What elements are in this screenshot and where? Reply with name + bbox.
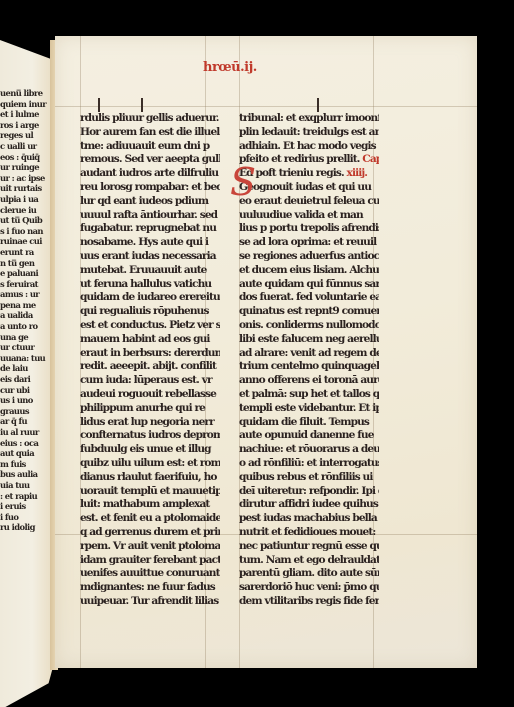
text-line: quidam de iudareo erereitu: — [80, 291, 220, 305]
text-line: uenifes auuittue conuruante — [80, 567, 220, 581]
text-line: ut tu̅ Quib — [0, 215, 52, 226]
text-line: plin ledauit: treidulgs est anu — [239, 126, 379, 140]
text-line: ulpia i ua — [0, 194, 52, 205]
ruling-line — [55, 106, 477, 107]
text-line: uuluudiue valida et man — [239, 209, 379, 223]
text-line: uuipeuar. Tur afrendit lilias — [80, 595, 220, 609]
text-line: iu al ruur — [0, 427, 52, 438]
text-line: remous. Sed ver aeepta gulla — [80, 153, 220, 167]
text-line: redit. aeeepit. abijt. confilit — [80, 360, 220, 374]
text-line: quibz uilu uilum est: et rom — [80, 457, 220, 471]
text-line: n tu̅ gen — [0, 258, 52, 269]
text-line: tme: adiuuauit eum dni p — [80, 140, 220, 154]
manuscript-page: hrœū.ij. rdulis pliuur gellis aduerur.Ho… — [55, 36, 477, 668]
text-line: pfeito et redirius prellit. Cap. — [239, 153, 379, 167]
text-line: fugabatur. reprugnebat nu — [80, 222, 220, 236]
text-line: onis. conliderms nullomodo — [239, 319, 379, 333]
text-line: m fuis — [0, 459, 52, 470]
text-line: et ducem eius lisiam. Alchuu — [239, 264, 379, 278]
ascender-stroke — [98, 98, 100, 112]
text-line: erunt ra — [0, 247, 52, 258]
text-line: i eruis — [0, 501, 52, 512]
text-line: et i lulme — [0, 109, 52, 120]
text-line: rdulis pliuur gellis aduerur. — [80, 112, 220, 126]
text-line: bus aulia — [0, 469, 52, 480]
text-line: libi este falucem neg aerellum — [239, 333, 379, 347]
text-line: ur : ac ipse — [0, 173, 52, 184]
text-line: cum iuda: lūperaus est. vr — [80, 374, 220, 388]
text-line: a ualida — [0, 310, 52, 321]
text-line: lius p portu trepolis afrendis — [239, 222, 379, 236]
text-line: sarerdoriō huc veni: p̄mo qu — [239, 581, 379, 595]
red-initial-letter: S — [230, 160, 256, 204]
text-line: audant iudros arte dilfruliu — [80, 167, 220, 181]
text-line: eis dari — [0, 374, 52, 385]
text-line: de laiu — [0, 363, 52, 374]
text-line: dem vtilitaribs regis fide feruus. — [239, 595, 379, 609]
text-line: nachiue: et rōuorarus a deuerio — [239, 443, 379, 457]
text-line: dos fuerat. fed voluntarie eat — [239, 291, 379, 305]
text-line: uuana: tuu — [0, 353, 52, 364]
text-line: ru idolig — [0, 522, 52, 533]
text-line: us i uno — [0, 395, 52, 406]
ascender-stroke — [317, 98, 319, 112]
text-line: cur ubi — [0, 385, 52, 396]
text-line: s feruirat — [0, 279, 52, 290]
left-page-text: uenu̅ librequiem inuret i lulmeros i arg… — [0, 88, 52, 578]
text-line: confternatus iudros deprom — [80, 429, 220, 443]
text-line: c ualli ur — [0, 141, 52, 152]
text-line: qui regualiuis rōpuhenus — [80, 305, 220, 319]
text-line: eo eraut deuietrul feleua cuu — [239, 195, 379, 209]
text-line: tum. Nam et ego delrauldatus — [239, 554, 379, 568]
text-line: reges ul — [0, 130, 52, 141]
text-line: trium centelmo quinquagelū — [239, 360, 379, 374]
text-line: uus erant iudas necessaria — [80, 250, 220, 264]
text-line: se regiones aduerfus antiochij — [239, 250, 379, 264]
text-line: lidus erat lup negoria nerr — [80, 416, 220, 430]
text-column-left: rdulis pliuur gellis aduerur.Hor aurem f… — [80, 112, 220, 609]
text-line: lur qd eant iudeos pdium — [80, 195, 220, 209]
text-line: pest iudas machabius bella — [239, 512, 379, 526]
text-line: ut feruna hallulus vatichu — [80, 278, 220, 292]
text-line: ar q̄ fu — [0, 416, 52, 427]
text-line: nec patiuntur regnū esse que — [239, 540, 379, 554]
text-line: uorauit templū et mauuetip — [80, 485, 220, 499]
text-line: ur ruinge — [0, 162, 52, 173]
text-line: e paluani — [0, 268, 52, 279]
left-page-fragment: uenu̅ librequiem inuret i lulmeros i arg… — [0, 40, 54, 707]
text-line: Ed poft trieniu regis. xiiij. — [239, 167, 379, 181]
text-line: amus : ur — [0, 289, 52, 300]
text-line: templi este videbantur. Et ipa — [239, 402, 379, 416]
text-line: est et conductus. Pietz ver se — [80, 319, 220, 333]
text-line: una ge — [0, 332, 52, 343]
text-line: uia tuu — [0, 480, 52, 491]
text-line: o ad rōnfiliū: et interrogatus — [239, 457, 379, 471]
text-line: quiem inur — [0, 99, 52, 110]
text-line: adhiain. Et hac modo vegis — [239, 140, 379, 154]
text-line: mdignantes: ne fuur fadus — [80, 581, 220, 595]
text-line: s i fuo nan — [0, 226, 52, 237]
text-line: aute opunuid danenne fue — [239, 429, 379, 443]
text-line: fubduulg eis unue et illug — [80, 443, 220, 457]
text-line: uuuul rafta āntiourhar. sed — [80, 209, 220, 223]
text-line: dirutur affidri iudee quihus — [239, 498, 379, 512]
running-head: hrœū.ij. — [203, 60, 257, 75]
text-line: et palmā: sup het et tallos qui — [239, 388, 379, 402]
text-line: eos : q̄uiq̄ — [0, 152, 52, 163]
text-line: Geognouit iudas et qui uu — [239, 181, 379, 195]
text-line: tribunal: et exqplurr imoonf- — [239, 112, 379, 126]
text-line: idam grauiter ferebant pacto — [80, 554, 220, 568]
text-line: : et rapiu — [0, 491, 52, 502]
text-line: Hor aurem fan est die illuel — [80, 126, 220, 140]
text-line: eraut in berbsurs: dererdum — [80, 347, 220, 361]
text-line: rpem. Vr auit venit ptolomai — [80, 540, 220, 554]
text-line: quibus rebus et rōnfiliis ui — [239, 471, 379, 485]
text-line: deī uiteretur: refpondir. Ipi q — [239, 485, 379, 499]
text-line: aute quidam qui fūnnus sare — [239, 278, 379, 292]
text-line: aut quia — [0, 448, 52, 459]
text-line: ur ctuur — [0, 342, 52, 353]
ascender-stroke — [141, 98, 143, 112]
text-line: clerue iu — [0, 205, 52, 216]
text-line: pena me — [0, 300, 52, 311]
text-line: nosabame. Hys aute qui i — [80, 236, 220, 250]
text-line: se ad lora oprima: et reuuil — [239, 236, 379, 250]
text-line: eius : oca — [0, 438, 52, 449]
text-column-right: tribunal: et exqplurr imoonf-plin ledaui… — [239, 112, 379, 609]
text-line: grauus — [0, 406, 52, 417]
text-line: reu lorosg rompabar: et bech — [80, 181, 220, 195]
text-line: nutrit et fedidioues mouet: — [239, 526, 379, 540]
text-line: uenu̅ libre — [0, 88, 52, 99]
text-line: dianus rlaulut faerifuiu, ho — [80, 471, 220, 485]
text-line: audeui roguouit rebellasse — [80, 388, 220, 402]
text-line: mauem habint ad eos gui — [80, 333, 220, 347]
text-line: parentū gliam. dito aute sūmo — [239, 567, 379, 581]
text-line: q ad gerrenus durem et prin — [80, 526, 220, 540]
text-line: luit: mathabum amplexat — [80, 498, 220, 512]
text-line: est. et fenit eu a ptolomaide vq — [80, 512, 220, 526]
text-line: a unto ro — [0, 321, 52, 332]
text-line: ruinae cui — [0, 236, 52, 247]
text-line: mutebat. Eruuauuit aute — [80, 264, 220, 278]
text-line: i fuo — [0, 512, 52, 523]
text-line: anno offerens ei toronā aureā — [239, 374, 379, 388]
text-line: ros i arge — [0, 120, 52, 131]
text-line: uit rurtais — [0, 183, 52, 194]
text-line: quidam die filuit. Tempus — [239, 416, 379, 430]
text-line: philippum anurhe qui re — [80, 402, 220, 416]
text-line: ad alrare: venit ad regem deme — [239, 347, 379, 361]
text-line: quinatus est repnt9 comueru — [239, 305, 379, 319]
